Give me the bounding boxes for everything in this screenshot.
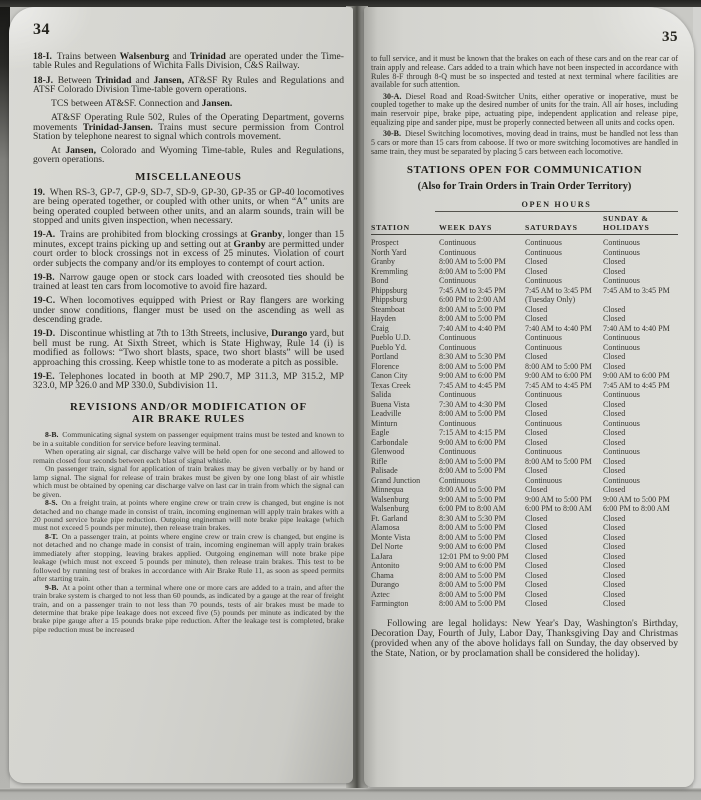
station-hours: Continuous: [525, 238, 603, 248]
station-hours: 8:00 AM to 5:00 PM: [439, 267, 525, 277]
station-hours: 8:00 AM to 5:00 PM: [439, 523, 525, 533]
paragraph: AT&SF Operating Rule 502, Rules of the O…: [33, 113, 344, 141]
station-hours: Continuous: [439, 343, 525, 353]
air-brake-rules-section: 8-B. Communicating signal system on pass…: [33, 431, 344, 634]
station-hours: Continuous: [439, 333, 525, 343]
station-hours: Closed: [525, 485, 603, 495]
station-name: Durango: [371, 580, 439, 590]
station-hours: Closed: [603, 314, 678, 324]
station-row: Grand JunctionContinuousContinuousContin…: [371, 476, 678, 486]
station-hours: 7:45 AM to 4:45 PM: [525, 381, 603, 391]
station-hours: Continuous: [439, 238, 525, 248]
station-name: Rifle: [371, 457, 439, 467]
station-hours: 8:00 AM to 5:00 PM: [439, 533, 525, 543]
station-hours: 6:00 PM to 2:00 AM: [439, 295, 525, 305]
station-name: Aztec: [371, 590, 439, 600]
station-hours: 7:45 AM to 3:45 PM: [603, 286, 678, 296]
station-hours: 9:00 AM to 5:00 PM: [525, 495, 603, 505]
station-hours: Closed: [525, 523, 603, 533]
station-hours: Closed: [603, 267, 678, 277]
station-hours: Closed: [603, 523, 678, 533]
station-hours: 9:00 AM to 6:00 PM: [603, 371, 678, 381]
station-hours: Closed: [603, 571, 678, 581]
station-row: Pueblo U.D.ContinuousContinuousContinuou…: [371, 333, 678, 343]
station-row: MinturnContinuousContinuousContinuous: [371, 419, 678, 429]
station-hours: Continuous: [603, 390, 678, 400]
station-hours: [603, 295, 678, 305]
station-hours: Continuous: [439, 390, 525, 400]
scan-edge-right: [693, 7, 701, 800]
station-hours: (Tuesday Only): [525, 295, 603, 305]
station-hours: Closed: [603, 352, 678, 362]
station-hours: Continuous: [439, 276, 525, 286]
station-row: Hayden8:00 AM to 5:00 PMClosedClosed: [371, 314, 678, 324]
station-hours: 9:00 AM to 6:00 PM: [439, 371, 525, 381]
station-hours: Closed: [525, 590, 603, 600]
station-hours: Closed: [603, 305, 678, 315]
station-hours: 8:00 AM to 5:00 PM: [525, 362, 603, 372]
station-name: Grand Junction: [371, 476, 439, 486]
open-hours-label: OPEN HOURS: [435, 200, 678, 212]
station-hours: 8:00 AM to 5:00 PM: [439, 257, 525, 267]
station-hours: 8:00 AM to 5:00 PM: [439, 362, 525, 372]
station-hours: 8:30 AM to 5:30 PM: [439, 514, 525, 524]
station-name: Phippsburg: [371, 295, 439, 305]
station-hours: Continuous: [525, 419, 603, 429]
station-row: Phippsburg6:00 PM to 2:00 AM(Tuesday Onl…: [371, 295, 678, 305]
station-hours: 7:15 AM to 4:15 PM: [439, 428, 525, 438]
station-hours: Closed: [603, 257, 678, 267]
station-hours: 8:00 AM to 5:00 PM: [439, 590, 525, 600]
station-hours: Continuous: [525, 476, 603, 486]
station-hours: Closed: [603, 438, 678, 448]
revisions-heading: REVISIONS AND/OR MODIFICATION OF AIR BRA…: [33, 401, 344, 425]
station-row: Buena Vista7:30 AM to 4:30 PMClosedClose…: [371, 400, 678, 410]
station-hours: Closed: [525, 257, 603, 267]
station-hours: Closed: [525, 599, 603, 609]
station-hours: 6:00 PM to 8:00 AM: [603, 504, 678, 514]
page-number-left: 34: [33, 21, 344, 39]
paragraph: On passenger train, signal for applicati…: [33, 465, 344, 499]
station-hours: 8:00 AM to 5:00 PM: [439, 571, 525, 581]
station-hours: 9:00 AM to 5:00 PM: [603, 495, 678, 505]
paragraph: 18-I. Trains between Walsenburg and Trin…: [33, 52, 344, 71]
station-row: LaJara12:01 PM to 9:00 PMClosedClosed: [371, 552, 678, 562]
station-hours: Closed: [525, 428, 603, 438]
station-name: Carbondale: [371, 438, 439, 448]
station-hours: Continuous: [603, 476, 678, 486]
station-name: Texas Creek: [371, 381, 439, 391]
station-row: Leadville8:00 AM to 5:00 PMClosedClosed: [371, 409, 678, 419]
station-hours: 8:00 AM to 5:00 PM: [439, 305, 525, 315]
station-hours: Closed: [603, 400, 678, 410]
paragraph: 19-E. Telephones located in booth at MP …: [33, 372, 344, 391]
header-saturdays: SATURDAYS: [525, 224, 603, 233]
station-row: Ft. Garland8:30 AM to 5:30 PMClosedClose…: [371, 514, 678, 524]
station-row: ProspectContinuousContinuousContinuous: [371, 238, 678, 248]
station-hours: Closed: [525, 352, 603, 362]
rules-section: 18-I. Trains between Walsenburg and Trin…: [33, 52, 344, 165]
station-hours: Closed: [603, 552, 678, 562]
station-row: Steamboat8:00 AM to 5:00 PMClosedClosed: [371, 305, 678, 315]
station-name: Canon City: [371, 371, 439, 381]
station-row: Farmington8:00 AM to 5:00 PMClosedClosed: [371, 599, 678, 609]
paragraph: 9-B. At a point other than a terminal wh…: [33, 584, 344, 635]
station-name: Del Norte: [371, 542, 439, 552]
paragraph: At Jansen, Colorado and Wyoming Time-tab…: [33, 146, 344, 165]
station-hours: 6:00 PM to 8:00 AM: [525, 504, 603, 514]
page-number-right: 35: [371, 29, 678, 46]
station-hours: Closed: [525, 438, 603, 448]
station-hours: 7:40 AM to 4:40 PM: [439, 324, 525, 334]
header-station: STATION: [371, 224, 439, 233]
header-week-days: WEEK DAYS: [439, 224, 525, 233]
station-name: North Yard: [371, 248, 439, 258]
station-hours: Continuous: [525, 276, 603, 286]
station-hours: Closed: [525, 466, 603, 476]
page-35-content: 35 to full service, and it must be known…: [364, 7, 694, 787]
station-hours: 9:00 AM to 6:00 PM: [525, 371, 603, 381]
station-name: Buena Vista: [371, 400, 439, 410]
station-row: Durango8:00 AM to 5:00 PMClosedClosed: [371, 580, 678, 590]
paragraph: 19-B. Narrow gauge open or stock cars lo…: [33, 273, 344, 292]
station-hours: 8:00 AM to 5:00 PM: [439, 485, 525, 495]
station-hours: Continuous: [439, 447, 525, 457]
station-row: Antonito9:00 AM to 6:00 PMClosedClosed: [371, 561, 678, 571]
station-hours: 7:40 AM to 4:40 PM: [603, 324, 678, 334]
station-name: Walsenburg: [371, 495, 439, 505]
station-hours: Continuous: [525, 447, 603, 457]
page-35: 35 to full service, and it must be known…: [364, 7, 694, 787]
paragraph: When operating air signal, car discharge…: [33, 448, 344, 465]
station-hours: 7:45 AM to 3:45 PM: [439, 286, 525, 296]
station-name: Kremmling: [371, 267, 439, 277]
open-hours-row: OPEN HOURS: [371, 200, 678, 212]
station-hours: Closed: [603, 485, 678, 495]
station-hours: Continuous: [525, 343, 603, 353]
station-hours: 9:00 AM to 6:00 PM: [439, 561, 525, 571]
station-hours: Closed: [525, 580, 603, 590]
revisions-heading-line2: AIR BRAKE RULES: [132, 413, 245, 425]
paragraph: 8-S. On a freight train, at points where…: [33, 499, 344, 533]
station-row: Carbondale9:00 AM to 6:00 PMClosedClosed: [371, 438, 678, 448]
station-name: Palisade: [371, 466, 439, 476]
continuation-section: to full service, and it must be known th…: [371, 55, 678, 156]
station-hours: 8:30 AM to 5:30 PM: [439, 352, 525, 362]
station-name: Hayden: [371, 314, 439, 324]
station-hours: 6:00 PM to 8:00 AM: [439, 504, 525, 514]
station-hours: 9:00 AM to 6:00 PM: [439, 542, 525, 552]
station-name: Pueblo U.D.: [371, 333, 439, 343]
station-name: Walsenburg: [371, 504, 439, 514]
paragraph: to full service, and it must be known th…: [371, 55, 678, 90]
station-row: Alamosa8:00 AM to 5:00 PMClosedClosed: [371, 523, 678, 533]
open-hours-spacer: [371, 200, 435, 212]
paragraph: 19-A. Trains are prohibited from blockin…: [33, 230, 344, 268]
paragraph: 30-A. Diesel Road and Road-Switcher Unit…: [371, 93, 678, 128]
station-name: Salida: [371, 390, 439, 400]
station-row: Chama8:00 AM to 5:00 PMClosedClosed: [371, 571, 678, 581]
station-row: Monte Vista8:00 AM to 5:00 PMClosedClose…: [371, 533, 678, 543]
station-name: Antonito: [371, 561, 439, 571]
station-hours: 7:45 AM to 4:45 PM: [603, 381, 678, 391]
station-hours: Continuous: [603, 248, 678, 258]
station-row: Eagle7:15 AM to 4:15 PMClosedClosed: [371, 428, 678, 438]
station-hours: Closed: [525, 542, 603, 552]
station-name: Farmington: [371, 599, 439, 609]
paragraph: TCS between AT&SF. Connection and Jansen…: [33, 99, 344, 108]
station-name: Phippsburg: [371, 286, 439, 296]
station-hours: 9:00 AM to 5:00 PM: [439, 495, 525, 505]
legal-holidays-paragraph: Following are legal holidays: New Year's…: [371, 619, 678, 660]
header-sunday-holidays: SUNDAY & HOLIDAYS: [603, 215, 678, 232]
station-hours: Continuous: [603, 238, 678, 248]
station-hours: 7:45 AM to 3:45 PM: [525, 286, 603, 296]
station-hours: Continuous: [603, 419, 678, 429]
station-hours: Closed: [603, 542, 678, 552]
station-hours: Continuous: [525, 248, 603, 258]
station-hours: Closed: [603, 362, 678, 372]
station-name: Minnequa: [371, 485, 439, 495]
station-row: GlenwoodContinuousContinuousContinuous: [371, 447, 678, 457]
station-hours: Continuous: [525, 390, 603, 400]
station-row: Walsenburg6:00 PM to 8:00 AM6:00 PM to 8…: [371, 504, 678, 514]
miscellaneous-section: 19. When RS-3, GP-7, GP-9, SD-7, SD-9, G…: [33, 188, 344, 391]
station-hours: Closed: [603, 457, 678, 467]
station-row: Del Norte9:00 AM to 6:00 PMClosedClosed: [371, 542, 678, 552]
revisions-heading-line1: REVISIONS AND/OR MODIFICATION OF: [70, 401, 307, 413]
station-name: Prospect: [371, 238, 439, 248]
station-hours: Closed: [525, 314, 603, 324]
station-hours: Closed: [525, 533, 603, 543]
station-row: Phippsburg7:45 AM to 3:45 PM7:45 AM to 3…: [371, 286, 678, 296]
stations-table: ProspectContinuousContinuousContinuousNo…: [371, 238, 678, 609]
station-hours: Closed: [603, 580, 678, 590]
page-34: 34 18-I. Trains between Walsenburg and T…: [9, 7, 353, 783]
paragraph: 8-T. On a passenger train, at points whe…: [33, 533, 344, 584]
station-hours: 8:00 AM to 5:00 PM: [439, 580, 525, 590]
page-34-content: 34 18-I. Trains between Walsenburg and T…: [9, 7, 353, 783]
station-hours: Continuous: [525, 333, 603, 343]
station-hours: Continuous: [439, 248, 525, 258]
station-hours: Closed: [525, 305, 603, 315]
station-row: Texas Creek7:45 AM to 4:45 PM7:45 AM to …: [371, 381, 678, 391]
station-name: Monte Vista: [371, 533, 439, 543]
station-hours: 9:00 AM to 6:00 PM: [439, 438, 525, 448]
station-hours: Closed: [525, 267, 603, 277]
station-hours: Closed: [603, 466, 678, 476]
station-row: Kremmling8:00 AM to 5:00 PMClosedClosed: [371, 267, 678, 277]
station-hours: 8:00 AM to 5:00 PM: [439, 457, 525, 467]
station-row: Canon City9:00 AM to 6:00 PM9:00 AM to 6…: [371, 371, 678, 381]
station-hours: Continuous: [439, 419, 525, 429]
station-hours: Continuous: [603, 333, 678, 343]
stations-subheading: (Also for Train Orders in Train Order Te…: [371, 181, 678, 192]
station-hours: 7:45 AM to 4:45 PM: [439, 381, 525, 391]
station-hours: Closed: [525, 409, 603, 419]
station-name: Leadville: [371, 409, 439, 419]
station-hours: Closed: [603, 590, 678, 600]
station-hours: Closed: [525, 400, 603, 410]
station-name: Minturn: [371, 419, 439, 429]
station-row: Rifle8:00 AM to 5:00 PM8:00 AM to 5:00 P…: [371, 457, 678, 467]
station-hours: Continuous: [603, 343, 678, 353]
station-hours: Continuous: [439, 476, 525, 486]
miscellaneous-heading: MISCELLANEOUS: [33, 171, 344, 183]
station-row: Minnequa8:00 AM to 5:00 PMClosedClosed: [371, 485, 678, 495]
station-name: Eagle: [371, 428, 439, 438]
station-hours: 7:30 AM to 4:30 PM: [439, 400, 525, 410]
station-hours: Closed: [603, 599, 678, 609]
station-name: Alamosa: [371, 523, 439, 533]
station-name: LaJara: [371, 552, 439, 562]
station-row: Florence8:00 AM to 5:00 PM8:00 AM to 5:0…: [371, 362, 678, 372]
station-row: SalidaContinuousContinuousContinuous: [371, 390, 678, 400]
station-name: Ft. Garland: [371, 514, 439, 524]
paragraph: 30-B. Diesel Switching locomotives, movi…: [371, 130, 678, 156]
station-hours: 8:00 AM to 5:00 PM: [439, 599, 525, 609]
station-hours: Closed: [525, 571, 603, 581]
paragraph: 19-D. Discontinue whistling at 7th to 13…: [33, 329, 344, 367]
station-name: Florence: [371, 362, 439, 372]
station-hours: Closed: [525, 514, 603, 524]
station-hours: 8:00 AM to 5:00 PM: [525, 457, 603, 467]
paragraph: 19. When RS-3, GP-7, GP-9, SD-7, SD-9, G…: [33, 188, 344, 226]
station-hours: Closed: [603, 533, 678, 543]
station-hours: Closed: [603, 409, 678, 419]
table-header-row: STATION WEEK DAYS SATURDAYS SUNDAY & HOL…: [371, 212, 678, 235]
station-name: Glenwood: [371, 447, 439, 457]
station-hours: 8:00 AM to 5:00 PM: [439, 314, 525, 324]
station-row: Walsenburg9:00 AM to 5:00 PM9:00 AM to 5…: [371, 495, 678, 505]
station-name: Portland: [371, 352, 439, 362]
station-hours: Continuous: [603, 276, 678, 286]
paragraph: 8-B. Communicating signal system on pass…: [33, 431, 344, 448]
station-row: Portland8:30 AM to 5:30 PMClosedClosed: [371, 352, 678, 362]
station-name: Bond: [371, 276, 439, 286]
station-row: Aztec8:00 AM to 5:00 PMClosedClosed: [371, 590, 678, 600]
station-row: North YardContinuousContinuousContinuous: [371, 248, 678, 258]
station-row: BondContinuousContinuousContinuous: [371, 276, 678, 286]
stations-heading: STATIONS OPEN FOR COMMUNICATION: [371, 164, 678, 176]
station-hours: 8:00 AM to 5:00 PM: [439, 409, 525, 419]
station-hours: Closed: [525, 552, 603, 562]
station-hours: 12:01 PM to 9:00 PM: [439, 552, 525, 562]
paragraph: 19-C. When locomotives equipped with Pri…: [33, 296, 344, 324]
station-hours: Closed: [603, 514, 678, 524]
station-hours: Closed: [603, 561, 678, 571]
station-hours: 8:00 AM to 5:00 PM: [439, 466, 525, 476]
station-name: Steamboat: [371, 305, 439, 315]
book-scan: 34 18-I. Trains between Walsenburg and T…: [0, 0, 701, 800]
station-name: Chama: [371, 571, 439, 581]
station-hours: Closed: [603, 428, 678, 438]
station-hours: 7:40 AM to 4:40 PM: [525, 324, 603, 334]
station-name: Craig: [371, 324, 439, 334]
station-row: Palisade8:00 AM to 5:00 PMClosedClosed: [371, 466, 678, 476]
station-hours: Closed: [525, 561, 603, 571]
station-row: Granby8:00 AM to 5:00 PMClosedClosed: [371, 257, 678, 267]
station-row: Craig7:40 AM to 4:40 PM7:40 AM to 4:40 P…: [371, 324, 678, 334]
station-hours: Continuous: [603, 447, 678, 457]
scan-edge-bottom: [0, 788, 701, 800]
station-name: Granby: [371, 257, 439, 267]
station-row: Pueblo Yd.ContinuousContinuousContinuous: [371, 343, 678, 353]
paragraph: 18-J. Between Trinidad and Jansen, AT&SF…: [33, 76, 344, 95]
station-name: Pueblo Yd.: [371, 343, 439, 353]
